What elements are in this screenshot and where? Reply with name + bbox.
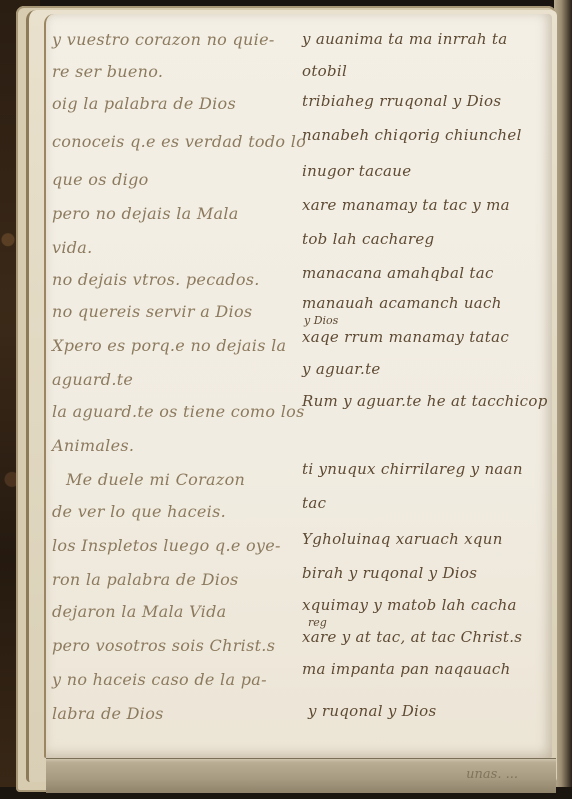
mayan-line: tob lah cachareg — [302, 230, 434, 248]
mayan-line: tribiaheg rruqonal y Dios — [302, 92, 501, 110]
spanish-line: no quereis servir a Dios — [52, 302, 252, 321]
spanish-line: no dejais vtros. pecados. — [52, 270, 260, 289]
mayan-line: otobil — [302, 62, 347, 80]
mayan-line: nanabeh chiqorig chiunchel — [302, 126, 522, 144]
spanish-line: aguard.te — [52, 370, 133, 389]
mayan-line: y ruqonal y Dios — [308, 702, 436, 720]
mayan-line: xare manamay ta tac y ma — [302, 196, 510, 214]
mayan-line: y aguar.te — [302, 360, 381, 378]
mayan-line: ti ynuqux chirrilareg y naan — [302, 460, 523, 478]
mayan-line: ma impanta pan naqauach — [302, 660, 511, 678]
mayan-line: Ygholuinaq xaruach xqun — [302, 530, 503, 548]
spanish-line: de ver lo que haceis. — [52, 502, 226, 521]
mayan-line-insert: y Dios — [304, 314, 338, 327]
spanish-line: y vuestro corazon no quie- — [52, 30, 275, 49]
mayan-line: y auanima ta ma inrrah ta — [302, 30, 508, 48]
spanish-line: Animales. — [52, 436, 134, 455]
spanish-line: Xpero es porq.e no dejais la — [52, 336, 286, 355]
fore-edge-bottom: unas. ... — [46, 758, 556, 793]
manuscript-page: y vuestro corazon no quie- re ser bueno.… — [44, 14, 552, 758]
spanish-line: conoceis q.e es verdad todo lo — [52, 132, 306, 151]
spanish-line: oig la palabra de Dios — [52, 94, 236, 113]
mayan-line: manacana amahqbal tac — [302, 264, 494, 282]
mayan-line: xaqe rrum manamay tatac — [302, 328, 509, 346]
spanish-line: re ser bueno. — [52, 62, 163, 81]
mayan-line: Rum y aguar.te he at tacchicop — [302, 392, 548, 410]
spanish-line: labra de Dios — [52, 704, 164, 723]
spanish-line: la aguard.te os tiene como los — [52, 402, 305, 421]
mayan-line: manauah acamanch uach — [302, 294, 502, 312]
mayan-line: xare y at tac, at tac Christ.s — [302, 628, 522, 646]
mayan-line: tac — [302, 494, 326, 512]
mayan-line: birah y ruqonal y Dios — [302, 564, 477, 582]
mayan-line: inugor tacaue — [302, 162, 411, 180]
spanish-line: vida. — [52, 238, 93, 257]
spanish-line: dejaron la Mala Vida — [52, 602, 226, 621]
spanish-line: Me duele mi Corazon — [66, 470, 245, 489]
spanish-line: y no haceis caso de la pa- — [52, 670, 267, 689]
spanish-line: pero vosotros sois Christ.s — [52, 636, 275, 655]
fore-edge-inscription: unas. ... — [466, 767, 518, 782]
spanish-line: los Inspletos luego q.e oye- — [52, 536, 281, 555]
spanish-line: pero no dejais la Mala — [52, 204, 239, 223]
spanish-line: que os digo — [52, 170, 149, 189]
spanish-line: ron la palabra de Dios — [52, 570, 239, 589]
mayan-line: xquimay y matob lah cacha — [302, 596, 517, 614]
